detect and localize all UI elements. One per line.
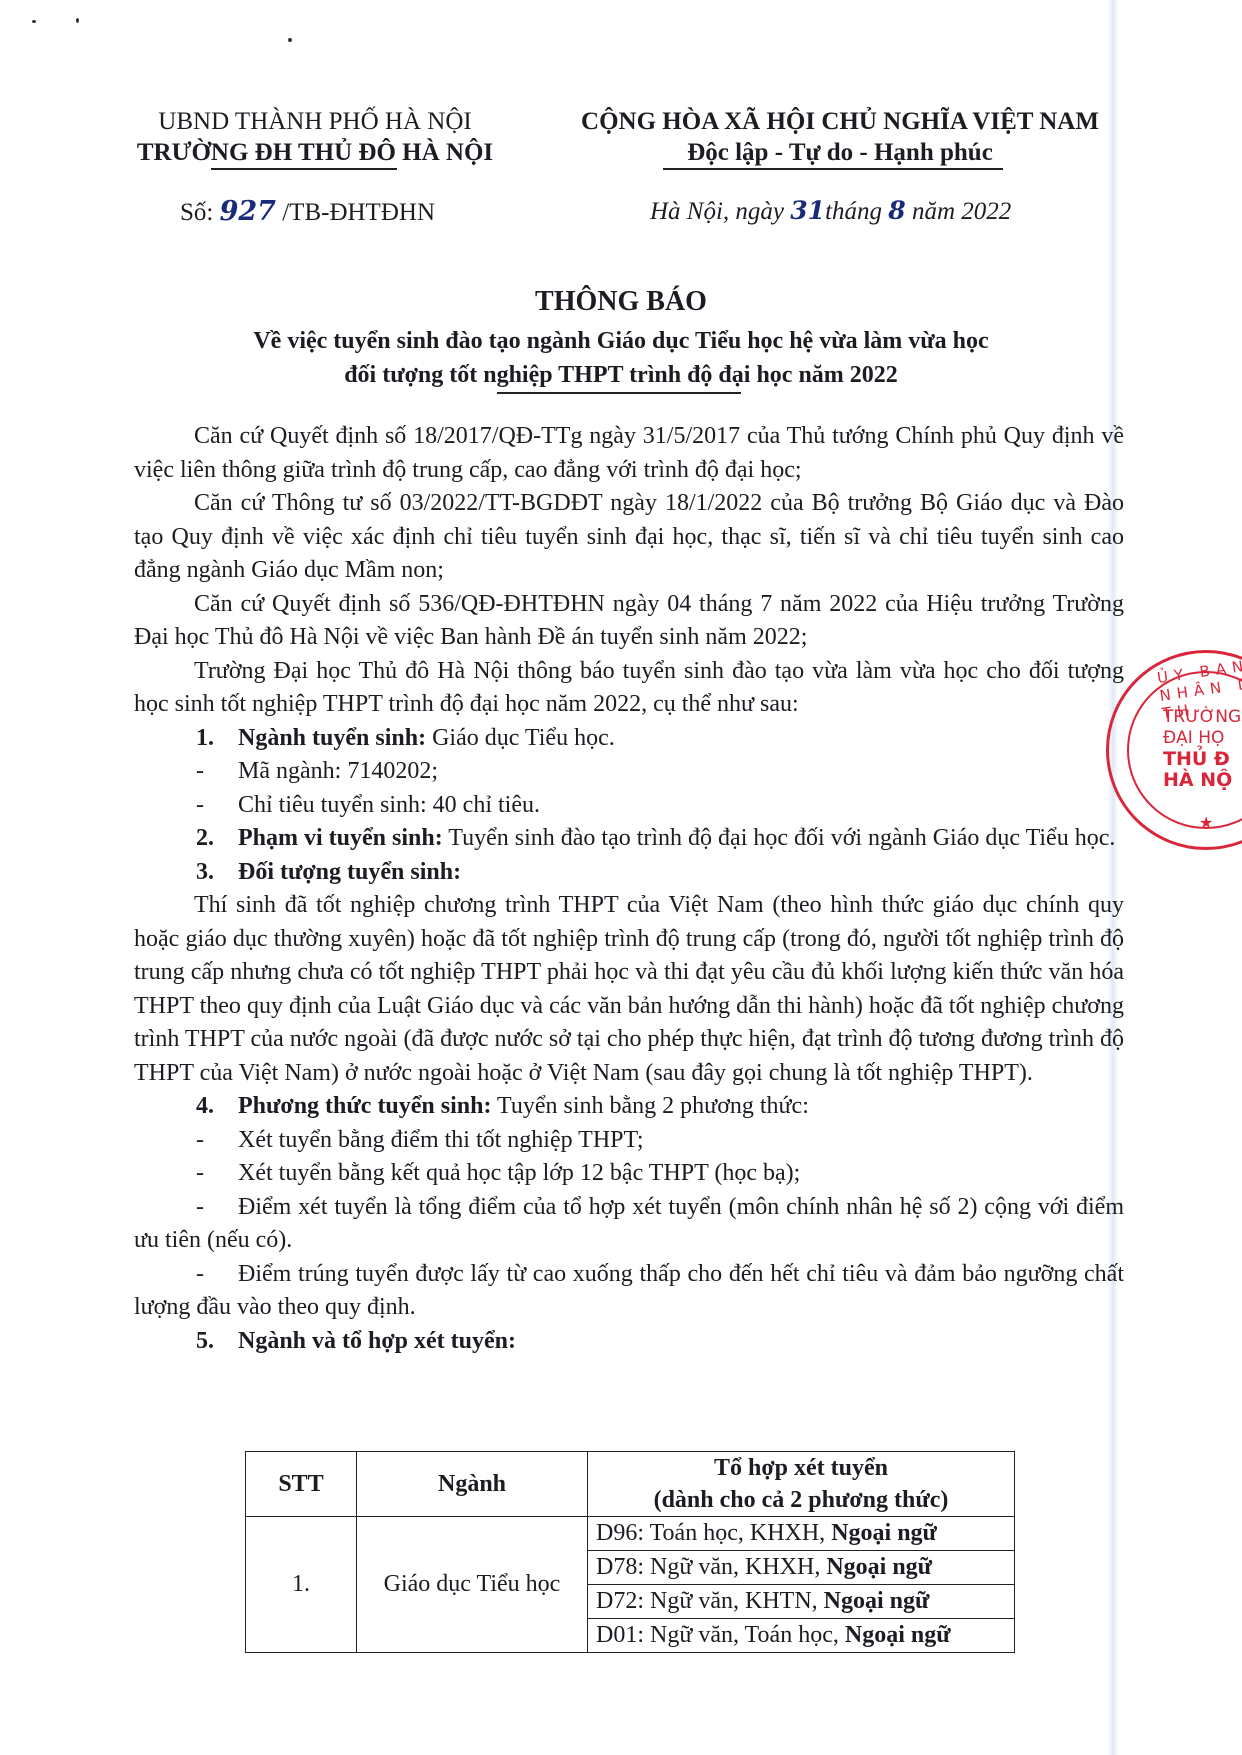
bullet-text: Điểm trúng tuyển được lấy từ cao xuống t… [134,1261,1124,1321]
subtitle-underline [497,392,741,394]
section-label: Phạm vi tuyển sinh: [238,825,443,851]
section-number: 5. [196,1325,238,1359]
section-1-bullet: -Mã ngành: 7140202; [134,755,1124,789]
tohop-header-line2: (dành cho cả 2 phương thức) [596,1484,1006,1516]
combo-subjects: D96: Toán học, KHXH, [596,1520,831,1546]
bullet-text: Mã ngành: 7140202; [238,758,438,784]
section-number: 2. [196,822,238,856]
bullet-text: Xét tuyển bằng kết quả học tập lớp 12 bậ… [238,1160,800,1186]
combo-subjects: D01: Ngữ văn, Toán học, [596,1622,845,1648]
bullet-text: Xét tuyển bằng điểm thi tốt nghiệp THPT; [238,1127,644,1153]
section-4-bullet: -Xét tuyển bằng kết quả học tập lớp 12 b… [134,1157,1124,1191]
combo-subjects: D72: Ngữ văn, KHTN, [596,1588,824,1614]
table-row: 1. Giáo dục Tiểu học D96: Toán học, KHXH… [246,1517,1015,1551]
seal-center-text: TRƯỜNG ĐẠI HỌ THỦ Đ HÀ NỘ [1163,707,1241,791]
document-body: Căn cứ Quyết định số 18/2017/QĐ-TTg ngày… [134,420,1124,1358]
bullet-text: Điểm xét tuyển là tổng điểm của tổ hợp x… [134,1194,1124,1254]
official-seal: ỦY BAN NHÂN DÂN TH TRƯỜNG ĐẠI HỌ THỦ Đ H… [1106,650,1242,850]
section-text: Tuyển sinh bằng 2 phương thức: [491,1093,808,1119]
seal-line: HÀ NỘ [1163,770,1241,791]
national-name: CỘNG HÒA XÃ HỘI CHỦ NGHĨA VIỆT NAM [570,106,1110,137]
section-label: Đối tượng tuyển sinh: [238,859,461,885]
document-title: THÔNG BÁO [0,286,1242,318]
section-4-heading: 4.Phương thức tuyển sinh: Tuyển sinh bằn… [134,1090,1124,1124]
preamble-paragraph: Căn cứ Thông tư số 03/2022/TT-BGDĐT ngày… [134,487,1124,588]
section-text: Tuyển sinh đào tạo trình độ đại học đối … [443,825,1116,851]
col-header-nganh: Ngành [357,1452,588,1517]
seal-line: ĐẠI HỌ [1163,728,1241,749]
col-header-tohop: Tổ hợp xét tuyển (dành cho cả 2 phương t… [588,1452,1015,1517]
section-label: Phương thức tuyển sinh: [238,1093,491,1119]
scan-speck [32,20,36,23]
section-number: 3. [196,856,238,890]
section-1-heading: 1.Ngành tuyển sinh: Giáo dục Tiểu học. [134,722,1124,756]
issuer-underline [211,168,397,170]
national-motto: Độc lập - Tự do - Hạnh phúc [687,139,993,166]
issue-date: Hà Nội, ngày 31tháng 8 năm 2022 [650,196,1011,226]
section-1-bullet: -Chỉ tiêu tuyển sinh: 40 chỉ tiêu. [134,789,1124,823]
combo-foreign-language: Ngoại ngữ [845,1622,951,1648]
section-3-heading: 3.Đối tượng tuyển sinh: [134,856,1124,890]
issuer-block: UBND THÀNH PHỐ HÀ NỘI TRƯỜNG ĐH THỦ ĐÔ H… [110,106,520,168]
document-subtitle: Về việc tuyển sinh đào tạo ngành Giáo dụ… [0,324,1242,392]
section-label: Ngành tuyển sinh: [238,725,426,751]
section-4-bullet: -Xét tuyển bằng điểm thi tốt nghiệp THPT… [134,1124,1124,1158]
doc-number-suffix: /TB-ĐHTĐHN [276,199,435,226]
preamble-paragraph: Căn cứ Quyết định số 18/2017/QĐ-TTg ngày… [134,420,1124,487]
scan-speck [76,18,79,23]
combo-subjects: D78: Ngữ văn, KHXH, [596,1554,826,1580]
issuer-school: TRƯỜNG ĐH THỦ ĐÔ HÀ NỘI [110,137,520,168]
tohop-header-line1: Tổ hợp xét tuyển [596,1452,1006,1484]
date-prefix: Hà Nội, ngày [650,198,790,225]
col-header-stt: STT [246,1452,357,1517]
bullet-text: Chỉ tiêu tuyển sinh: 40 chỉ tiêu. [238,792,540,818]
section-4-bullet: -Điểm trúng tuyển được lấy từ cao xuống … [134,1258,1124,1325]
admission-combination-table: STT Ngành Tổ hợp xét tuyển (dành cho cả … [245,1451,1015,1653]
cell-combo: D78: Ngữ văn, KHXH, Ngoại ngữ [588,1551,1015,1585]
combo-foreign-language: Ngoại ngữ [831,1520,937,1546]
section-4-bullet: -Điểm xét tuyển là tổng điểm của tổ hợp … [134,1191,1124,1258]
cell-combo: D96: Toán học, KHXH, Ngoại ngữ [588,1517,1015,1551]
date-day: 31 [790,196,825,225]
doc-number-handwritten: 927 [220,196,276,227]
section-number: 4. [196,1090,238,1124]
combo-foreign-language: Ngoại ngữ [824,1588,930,1614]
issuer-authority: UBND THÀNH PHỐ HÀ NỘI [110,106,520,137]
star-icon: ★ [1199,813,1213,832]
cell-stt: 1. [246,1517,357,1653]
cell-combo: D72: Ngữ văn, KHTN, Ngoại ngữ [588,1585,1015,1619]
date-month: 8 [888,196,905,225]
section-number: 1. [196,722,238,756]
subtitle-line-2: đối tượng tốt nghiệp THPT trình độ đại h… [0,358,1242,392]
section-3-text: Thí sinh đã tốt nghiệp chương trình THPT… [134,889,1124,1090]
national-motto-wrap: Độc lập - Tự do - Hạnh phúc [570,137,1110,168]
subtitle-line-1: Về việc tuyển sinh đào tạo ngành Giáo dụ… [0,324,1242,358]
section-text: Giáo dục Tiểu học. [426,725,615,751]
cell-combo: D01: Ngữ văn, Toán học, Ngoại ngữ [588,1619,1015,1653]
section-2: 2.Phạm vi tuyển sinh: Tuyển sinh đào tạo… [134,822,1124,856]
combo-foreign-language: Ngoại ngữ [826,1554,932,1580]
seal-line: TRƯỜNG [1163,707,1241,728]
doc-number-label: Số: [180,199,220,226]
date-year: năm 2022 [906,198,1012,225]
section-label: Ngành và tổ hợp xét tuyển: [238,1328,516,1354]
preamble-paragraph: Trường Đại học Thủ đô Hà Nội thông báo t… [134,655,1124,722]
table-header-row: STT Ngành Tổ hợp xét tuyển (dành cho cả … [246,1452,1015,1517]
seal-line: THỦ Đ [1163,749,1241,770]
national-title: CỘNG HÒA XÃ HỘI CHỦ NGHĨA VIỆT NAM Độc l… [570,106,1110,168]
motto-underline [663,168,1003,170]
issuer-school-name: TRƯỜNG ĐH THỦ ĐÔ HÀ NỘI [137,139,493,166]
scan-speck [288,38,292,42]
date-month-label: tháng [825,198,888,225]
section-5-heading: 5.Ngành và tổ hợp xét tuyển: [134,1325,1124,1359]
preamble-paragraph: Căn cứ Quyết định số 536/QĐ-ĐHTĐHN ngày … [134,588,1124,655]
cell-nganh: Giáo dục Tiểu học [357,1517,588,1653]
document-number: Số: 927 /TB-ĐHTĐHN [180,196,435,227]
